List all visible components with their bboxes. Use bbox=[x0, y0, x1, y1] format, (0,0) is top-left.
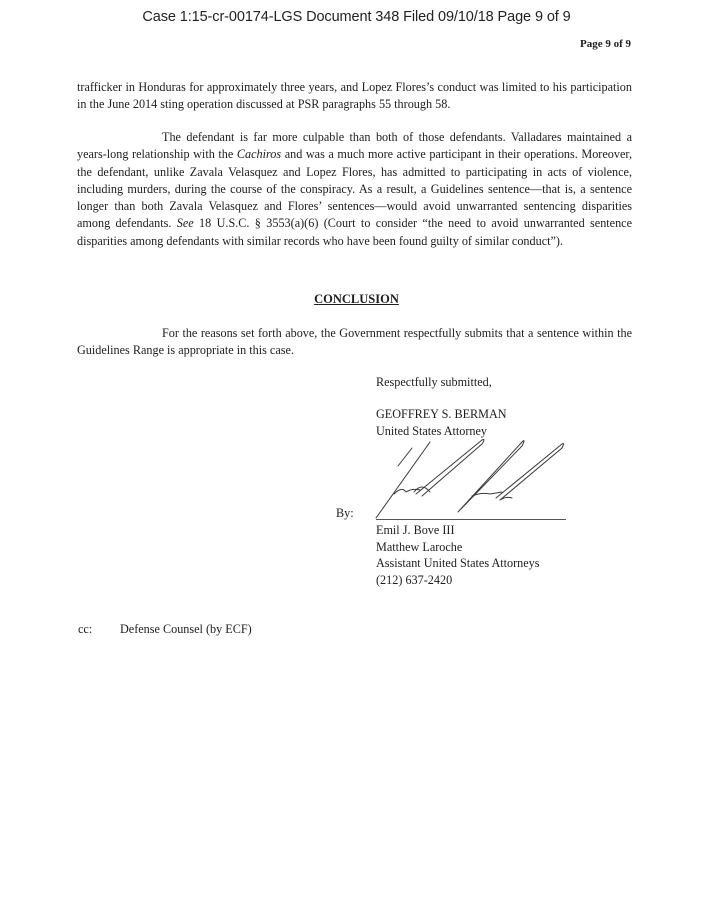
signers-title: Assistant United States Attorneys bbox=[376, 555, 540, 572]
by-label: By: bbox=[336, 506, 354, 521]
signers-block: Emil J. Bove III Matthew Laroche Assista… bbox=[376, 522, 540, 588]
paragraph-continuation: trafficker in Honduras for approximately… bbox=[77, 79, 632, 114]
phone-number: (212) 637-2420 bbox=[376, 572, 540, 589]
italic-term: Cachiros bbox=[237, 147, 281, 161]
cc-recipients: Defense Counsel (by ECF) bbox=[120, 622, 252, 637]
signer-name: Emil J. Bove III bbox=[376, 522, 540, 539]
page-number: Page 9 of 9 bbox=[580, 38, 631, 50]
conclusion-heading: CONCLUSION bbox=[0, 292, 713, 307]
paragraph-culpability: The defendant is far more culpable than … bbox=[77, 129, 632, 250]
handwritten-signature bbox=[372, 436, 572, 524]
ecf-header-stamp: Case 1:15-cr-00174-LGS Document 348 File… bbox=[0, 9, 713, 25]
closing-line: Respectfully submitted, bbox=[376, 374, 492, 391]
signer-name: Matthew Laroche bbox=[376, 539, 540, 556]
cc-label: cc: bbox=[78, 622, 92, 637]
citation-signal: See bbox=[177, 216, 194, 230]
attorney-name: GEOFFREY S. BERMAN bbox=[376, 406, 507, 423]
signature-line bbox=[376, 519, 566, 520]
paragraph-conclusion: For the reasons set forth above, the Gov… bbox=[77, 325, 632, 360]
